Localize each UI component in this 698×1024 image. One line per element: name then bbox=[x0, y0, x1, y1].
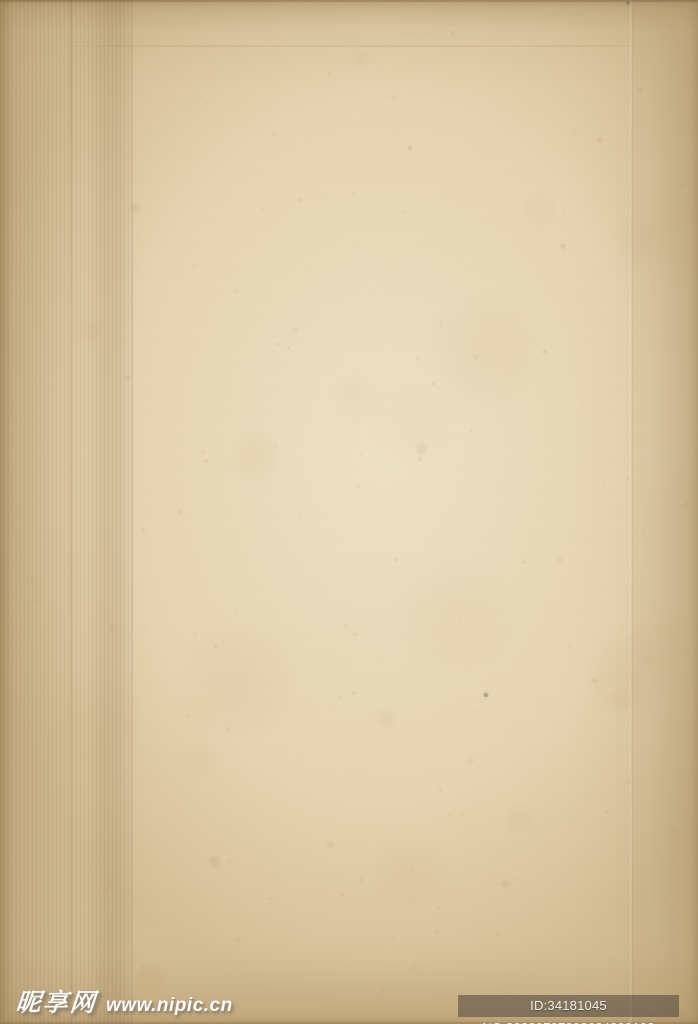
image-id-watermark: ID:34181045 NO:20230707092624809102 bbox=[458, 995, 679, 1017]
nipic-watermark: 昵享网 www.nipic.cn bbox=[16, 983, 233, 1019]
nipic-logo-text: 昵享网 bbox=[14, 983, 98, 1019]
nipic-url-text: www.nipic.cn bbox=[106, 995, 233, 1017]
aged-paper-scan: 昵享网 www.nipic.cn ID:34181045 NO:20230707… bbox=[0, 0, 698, 1024]
paper-noise-overlay bbox=[0, 0, 698, 1024]
